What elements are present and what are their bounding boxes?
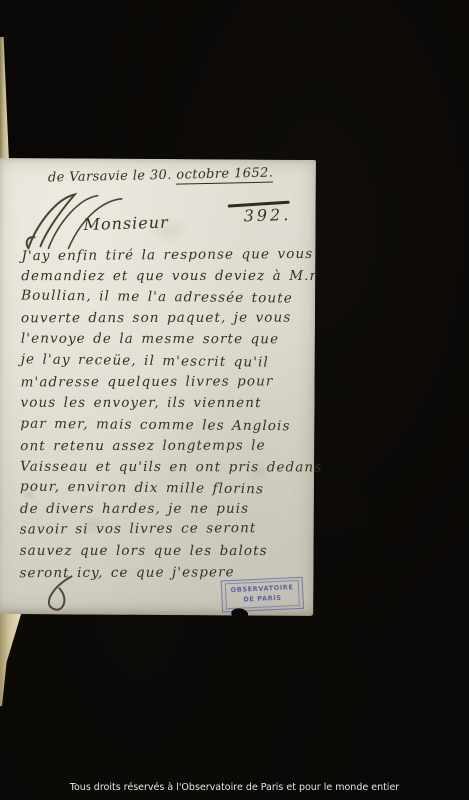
manuscript-line: je l'ay receüe, il m'escrit qu'il	[21, 351, 269, 370]
manuscript-line: Boullian, il me l'a adressée toute	[21, 287, 293, 306]
dateline-underlined: octobre 1652.	[176, 166, 273, 185]
manuscript-line: ont retenu assez longtemps le	[20, 438, 265, 455]
manuscript-line: demandiez et que vous deviez à M.r	[21, 268, 317, 284]
stamp-line2: DE PARIS	[243, 594, 282, 606]
book-page-edge-bottom	[0, 611, 22, 706]
manuscript-line: vous les envoyer, ils viennent	[20, 395, 261, 411]
scan-photo-background: de Varsavie le 30. octobre 1652. 392. Mo…	[0, 0, 469, 800]
folio-number: 392.	[243, 205, 291, 225]
letter-paper: de Varsavie le 30. octobre 1652. 392. Mo…	[0, 158, 316, 616]
manuscript-line: J'ay enfin tiré la response que vous	[21, 246, 313, 264]
manuscript-line: Vaisseau et qu'ils en ont pris dedans	[20, 459, 322, 476]
manuscript-line: l'envoye de la mesme sorte que	[21, 331, 279, 348]
manuscript-line: savoir si vos livres ce seront	[20, 520, 257, 537]
observatoire-stamp: OBSERVATOIRE DE PARIS	[221, 577, 304, 613]
manuscript-line: ouverte dans son paquet, je vous	[21, 310, 291, 327]
manuscript-line: m'adresse quelques livres pour	[21, 373, 274, 390]
dateline-place-date: de Varsavie le 30.	[48, 168, 177, 186]
observatoire-stamp-text: OBSERVATOIRE DE PARIS	[225, 580, 300, 609]
manuscript-line: par mer, mais comme les Anglois	[20, 416, 290, 435]
manuscript-line: pour, environ dix mille florins	[20, 479, 264, 498]
descender-flourish	[39, 574, 83, 616]
copyright-notice: Tous droits réservés à l'Observatoire de…	[0, 782, 469, 793]
book-page-edge-top	[0, 37, 9, 162]
manuscript-line: de divers hardes, je ne puis	[20, 501, 249, 517]
salutation: Monsieur	[83, 213, 169, 234]
dateline: de Varsavie le 30. octobre 1652.	[48, 166, 274, 186]
manuscript-line: sauvez que lors que les balots	[20, 543, 268, 559]
